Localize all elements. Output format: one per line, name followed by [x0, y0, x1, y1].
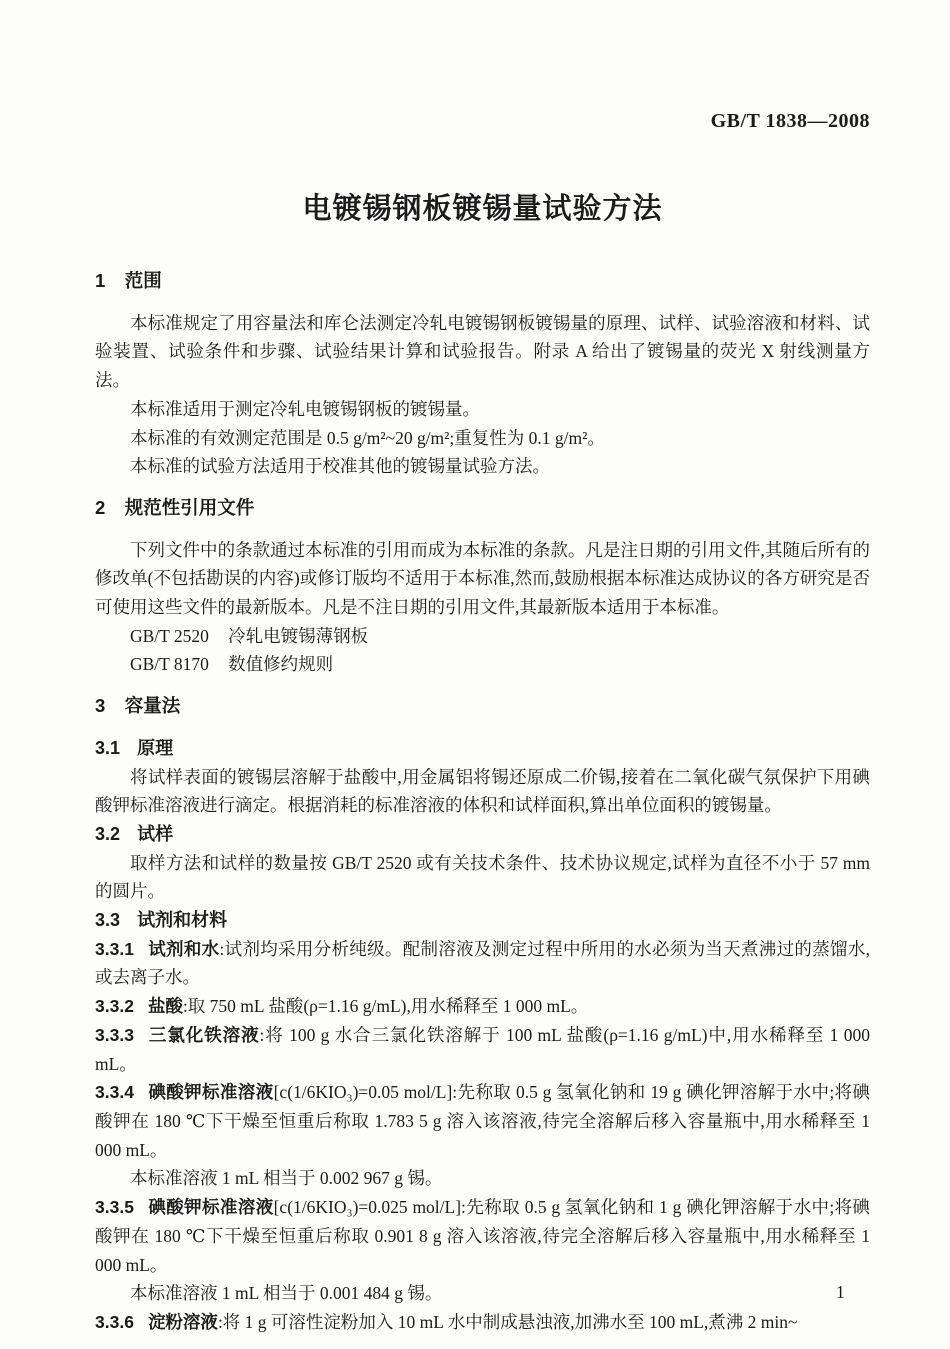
reference-item: GB/T 8170数值修约规则 — [95, 650, 870, 679]
paragraph-scope-4: 本标准的试验方法适用于校准其他的镀锡量试验方法。 — [95, 452, 870, 481]
section-heading-normative-references: 2规范性引用文件 — [95, 494, 870, 523]
subsection-number: 3.1 — [95, 738, 120, 758]
clause-number: 3.3.6 — [95, 1312, 134, 1332]
paragraph-sample: 取样方法和试样的数量按 GB/T 2520 或有关技术条件、技术协议规定,试样为… — [95, 849, 870, 906]
reference-title: 冷轧电镀锡薄钢板 — [228, 626, 368, 646]
reference-code: GB/T 2520 — [130, 626, 209, 646]
subsection-title: 试样 — [137, 824, 173, 844]
paragraph-scope-3: 本标准的有效测定范围是 0.5 g/m²~20 g/m²;重复性为 0.1 g/… — [95, 424, 870, 453]
clause-term: 碘酸钾标准溶液 — [148, 1082, 274, 1102]
section-heading-volumetric-method: 3容量法 — [95, 692, 870, 721]
section-scope: 1范围 本标准规定了用容量法和库仑法测定冷轧电镀锡钢板镀锡量的原理、试样、试验溶… — [95, 267, 870, 481]
clause-3-3-4: 3.3.4碘酸钾标准溶液[c(1/6KIO₃)=0.05 mol/L]:先称取 … — [95, 1078, 870, 1164]
subsection-number: 3.3 — [95, 910, 120, 930]
section-heading-scope: 1范围 — [95, 267, 870, 296]
clause-term: 三氯化铁溶液 — [148, 1025, 260, 1045]
subsection-heading-sample: 3.2试样 — [95, 820, 870, 849]
document-title: 电镀锡钢板镀锡量试验方法 — [95, 188, 870, 230]
clause-number: 3.3.3 — [95, 1025, 134, 1045]
clause-text: :将 1 g 可溶性淀粉加入 10 mL 水中制成悬浊液,加沸水至 100 mL… — [218, 1312, 798, 1332]
document-page: GB/T 1838—2008 电镀锡钢板镀锡量试验方法 1范围 本标准规定了用容… — [0, 0, 950, 1349]
paragraph-principle: 将试样表面的镀锡层溶解于盐酸中,用金属铝将锡还原成二价锡,接着在二氧化碳气氛保护… — [95, 763, 870, 820]
clause-term: 试剂和水 — [148, 939, 220, 959]
clause-term: 淀粉溶液 — [148, 1312, 218, 1332]
clause-3-3-2: 3.3.2盐酸:取 750 mL 盐酸(ρ=1.16 g/mL),用水稀释至 1… — [95, 992, 870, 1021]
clause-number: 3.3.4 — [95, 1082, 134, 1102]
section-title: 容量法 — [125, 695, 181, 716]
clause-3-3-4-note: 本标准溶液 1 mL 相当于 0.002 967 g 锡。 — [95, 1164, 870, 1193]
reference-item: GB/T 2520冷轧电镀锡薄钢板 — [95, 622, 870, 651]
reference-title: 数值修约规则 — [228, 654, 333, 674]
clause-3-3-5-note: 本标准溶液 1 mL 相当于 0.001 484 g 锡。 — [95, 1279, 870, 1308]
paragraph-scope-1: 本标准规定了用容量法和库仑法测定冷轧电镀锡钢板镀锡量的原理、试样、试验溶液和材料… — [95, 309, 870, 395]
section-number: 1 — [95, 270, 105, 291]
paragraph-scope-2: 本标准适用于测定冷轧电镀锡钢板的镀锡量。 — [95, 395, 870, 424]
clause-3-3-5: 3.3.5碘酸钾标准溶液[c(1/6KIO₃)=0.025 mol/L]:先称取… — [95, 1193, 870, 1279]
subsection-title: 原理 — [137, 738, 173, 758]
reference-code: GB/T 8170 — [130, 654, 209, 674]
clause-text: :取 750 mL 盐酸(ρ=1.16 g/mL),用水稀释至 1 000 mL… — [183, 996, 588, 1016]
clause-number: 3.3.1 — [95, 939, 134, 959]
clause-3-3-6: 3.3.6淀粉溶液:将 1 g 可溶性淀粉加入 10 mL 水中制成悬浊液,加沸… — [95, 1308, 870, 1337]
subsection-heading-principle: 3.1原理 — [95, 734, 870, 763]
clause-number: 3.3.5 — [95, 1197, 134, 1217]
clause-3-3-3: 3.3.3三氯化铁溶液:将 100 g 水合三氯化铁溶解于 100 mL 盐酸(… — [95, 1021, 870, 1078]
clause-term: 盐酸 — [148, 996, 183, 1016]
page-number: 1 — [836, 1282, 845, 1302]
clause-term: 碘酸钾标准溶液 — [148, 1197, 274, 1217]
clause-number: 3.3.2 — [95, 996, 134, 1016]
subsection-heading-reagents: 3.3试剂和材料 — [95, 906, 870, 935]
clause-3-3-1: 3.3.1试剂和水:试剂均采用分析纯级。配制溶液及测定过程中所用的水必须为当天煮… — [95, 935, 870, 992]
subsection-number: 3.2 — [95, 824, 120, 844]
section-number: 2 — [95, 497, 105, 518]
section-normative-references: 2规范性引用文件 下列文件中的条款通过本标准的引用而成为本标准的条款。凡是注日期… — [95, 494, 870, 679]
section-volumetric-method: 3容量法 3.1原理 将试样表面的镀锡层溶解于盐酸中,用金属铝将锡还原成二价锡,… — [95, 692, 870, 1336]
paragraph-references-intro: 下列文件中的条款通过本标准的引用而成为本标准的条款。凡是注日期的引用文件,其随后… — [95, 536, 870, 622]
section-title: 范围 — [125, 270, 162, 291]
section-title: 规范性引用文件 — [125, 497, 255, 518]
standard-number: GB/T 1838—2008 — [95, 108, 870, 134]
section-number: 3 — [95, 695, 105, 716]
subsection-title: 试剂和材料 — [137, 910, 227, 930]
